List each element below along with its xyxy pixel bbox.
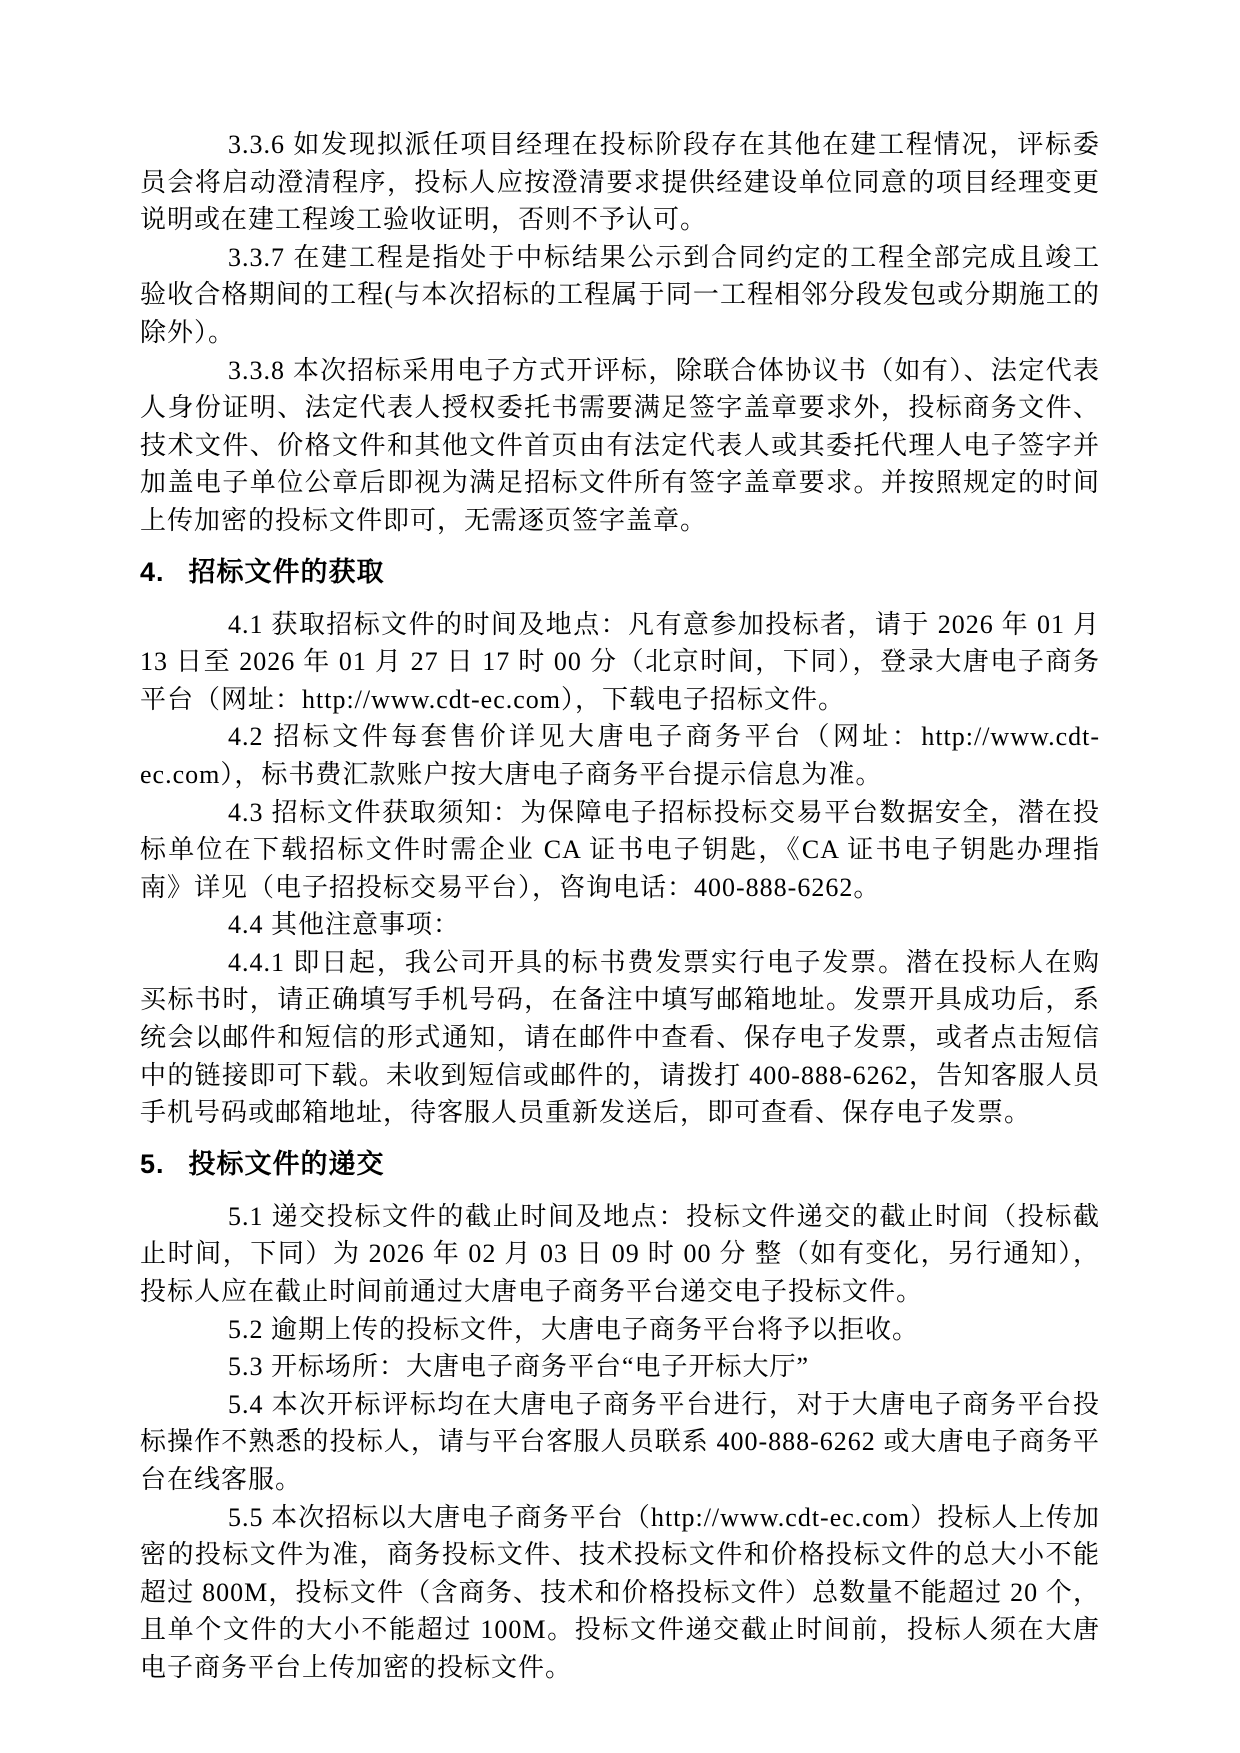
section-number: 5.	[140, 1144, 165, 1184]
section-number: 4.	[140, 552, 165, 592]
clause-5-5: 5.5 本次招标以大唐电子商务平台（http://www.cdt-ec.com）…	[140, 1499, 1100, 1687]
section-title: 投标文件的递交	[189, 1149, 385, 1179]
section-4-heading: 4.招标文件的获取	[140, 552, 1100, 592]
clause-3-3-7: 3.3.7 在建工程是指处于中标结果公示到合同约定的工程全部完成且竣工验收合格期…	[140, 239, 1100, 352]
clause-3-3-8: 3.3.8 本次招标采用电子方式开评标，除联合体协议书（如有）、法定代表人身份证…	[140, 352, 1100, 540]
clause-4-3: 4.3 招标文件获取须知：为保障电子招标投标交易平台数据安全，潜在投标单位在下载…	[140, 794, 1100, 907]
clause-5-1: 5.1 递交投标文件的截止时间及地点：投标文件递交的截止时间（投标截止时间，下同…	[140, 1198, 1100, 1311]
clause-4-2: 4.2 招标文件每套售价详见大唐电子商务平台（网址：http://www.cdt…	[140, 718, 1100, 793]
clause-5-3: 5.3 开标场所：大唐电子商务平台“电子开标大厅”	[140, 1348, 1100, 1386]
clause-4-1: 4.1 获取招标文件的时间及地点：凡有意参加投标者，请于 2026 年 01 月…	[140, 606, 1100, 719]
clause-4-4-1: 4.4.1 即日起，我公司开具的标书费发票实行电子发票。潜在投标人在购买标书时，…	[140, 944, 1100, 1132]
section-title: 招标文件的获取	[189, 557, 385, 587]
document-content: 3.3.6 如发现拟派任项目经理在投标阶段存在其他在建工程情况，评标委员会将启动…	[140, 126, 1100, 1687]
clause-5-4: 5.4 本次开标评标均在大唐电子商务平台进行，对于大唐电子商务平台投标操作不熟悉…	[140, 1386, 1100, 1499]
section-5-heading: 5.投标文件的递交	[140, 1144, 1100, 1184]
clause-3-3-6: 3.3.6 如发现拟派任项目经理在投标阶段存在其他在建工程情况，评标委员会将启动…	[140, 126, 1100, 239]
document-page: 3.3.6 如发现拟派任项目经理在投标阶段存在其他在建工程情况，评标委员会将启动…	[0, 0, 1240, 1753]
clause-5-2: 5.2 逾期上传的投标文件，大唐电子商务平台将予以拒收。	[140, 1311, 1100, 1349]
clause-4-4: 4.4 其他注意事项：	[140, 906, 1100, 944]
